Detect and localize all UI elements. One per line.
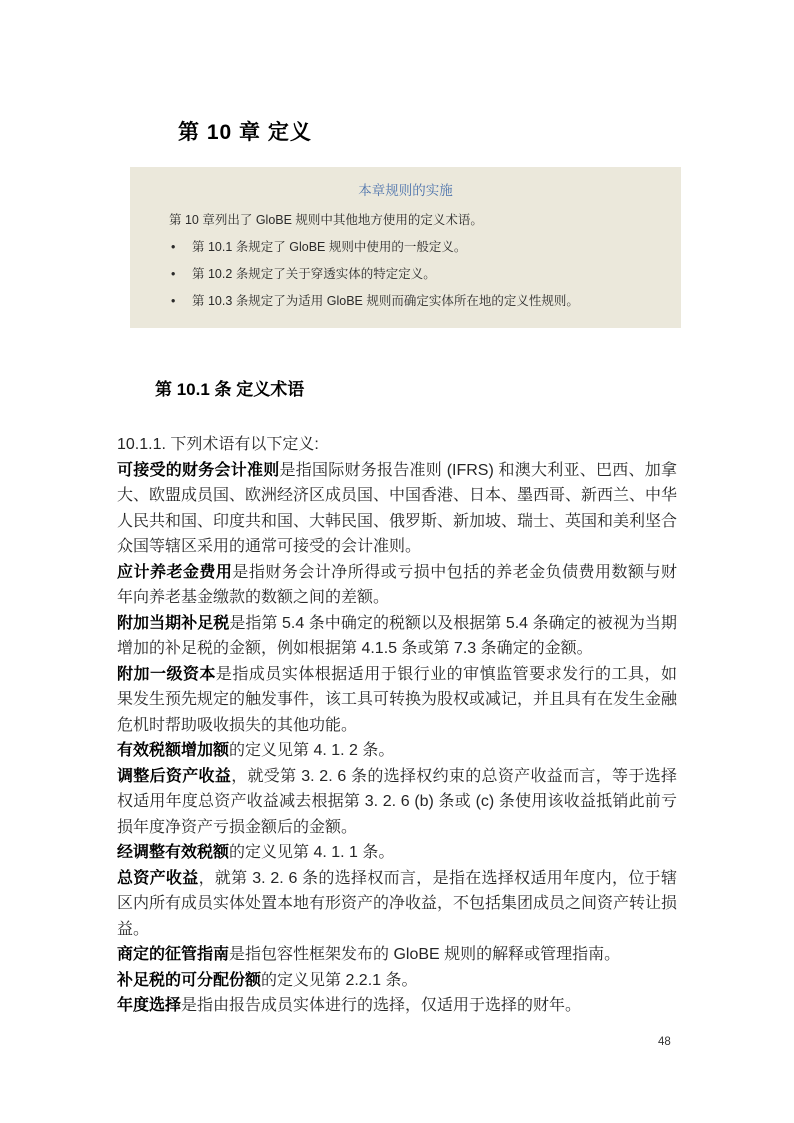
- definition-text: 的定义见第 4. 1. 2 条。: [229, 742, 394, 759]
- chapter-title: 第 10 章 定义: [178, 116, 312, 146]
- definition-paragraph: 应计养老金费用是指财务会计净所得或亏损中包括的养老金负债费用数额与财年向养老基金…: [117, 560, 677, 611]
- document-page: 第 10 章 定义 本章规则的实施 第 10 章列出了 GloBE 规则中其他地…: [0, 0, 794, 1123]
- definition-term: 补足税的可分配份额: [117, 972, 261, 989]
- callout-bullet: 第 10.1 条规定了 GloBE 规则中使用的一般定义。: [130, 241, 681, 254]
- definitions-list: 可接受的财务会计准则是指国际财务报告准则 (IFRS) 和澳大利亚、巴西、加拿大…: [117, 458, 677, 1019]
- definition-term: 附加当期补足税: [117, 615, 229, 632]
- definition-paragraph: 可接受的财务会计准则是指国际财务报告准则 (IFRS) 和澳大利亚、巴西、加拿大…: [117, 458, 677, 560]
- definition-term: 年度选择: [117, 997, 181, 1014]
- callout-bullet: 第 10.2 条规定了关于穿透实体的特定定义。: [130, 268, 681, 281]
- definition-term: 调整后资产收益: [117, 768, 231, 785]
- definition-text: 是指包容性框架发布的 GloBE 规则的解释或管理指南。: [229, 946, 620, 963]
- callout-bullet: 第 10.3 条规定了为适用 GloBE 规则而确定实体所在地的定义性规则。: [130, 295, 681, 308]
- definition-term: 可接受的财务会计准则: [117, 462, 280, 479]
- definitions-block: 10.1.1. 下列术语有以下定义: 可接受的财务会计准则是指国际财务报告准则 …: [117, 432, 677, 1019]
- definition-term: 有效税额增加额: [117, 742, 229, 759]
- definition-paragraph: 年度选择是指由报告成员实体进行的选择，仅适用于选择的财年。: [117, 993, 677, 1019]
- callout-intro: 第 10 章列出了 GloBE 规则中其他地方使用的定义术语。: [169, 210, 663, 228]
- definition-paragraph: 商定的征管指南是指包容性框架发布的 GloBE 规则的解释或管理指南。: [117, 942, 677, 968]
- definition-term: 应计养老金费用: [117, 564, 232, 581]
- definition-paragraph: 调整后资产收益，就受第 3. 2. 6 条的选择权约束的总资产收益而言，等于选择…: [117, 764, 677, 841]
- definition-paragraph: 附加当期补足税是指第 5.4 条中确定的税额以及根据第 5.4 条确定的被视为当…: [117, 611, 677, 662]
- definition-paragraph: 补足税的可分配份额的定义见第 2.2.1 条。: [117, 968, 677, 994]
- definition-text: 是指由报告成员实体进行的选择，仅适用于选择的财年。: [181, 997, 581, 1014]
- definition-term: 总资产收益: [117, 870, 199, 887]
- page-number: 48: [658, 1036, 671, 1048]
- definition-text: 的定义见第 4. 1. 1 条。: [229, 844, 394, 861]
- section-heading: 第 10.1 条 定义术语: [155, 375, 304, 400]
- callout-bullet-list: 第 10.1 条规定了 GloBE 规则中使用的一般定义。第 10.2 条规定了…: [130, 241, 681, 308]
- definition-paragraph: 附加一级资本是指成员实体根据适用于银行业的审慎监管要求发行的工具，如果发生预先规…: [117, 662, 677, 739]
- definition-paragraph: 经调整有效税额的定义见第 4. 1. 1 条。: [117, 840, 677, 866]
- definition-paragraph: 总资产收益，就第 3. 2. 6 条的选择权而言，是指在选择权适用年度内，位于辖…: [117, 866, 677, 943]
- paragraph-number-line: 10.1.1. 下列术语有以下定义:: [117, 432, 677, 458]
- definition-term: 商定的征管指南: [117, 946, 229, 963]
- definition-paragraph: 有效税额增加额的定义见第 4. 1. 2 条。: [117, 738, 677, 764]
- callout-title: 本章规则的实施: [130, 167, 681, 199]
- definition-text: 的定义见第 2.2.1 条。: [261, 972, 417, 989]
- definition-term: 经调整有效税额: [117, 844, 229, 861]
- callout-box: 本章规则的实施 第 10 章列出了 GloBE 规则中其他地方使用的定义术语。 …: [130, 167, 681, 328]
- definition-text: ，就第 3. 2. 6 条的选择权而言，是指在选择权适用年度内，位于辖区内所有成…: [117, 870, 677, 938]
- definition-term: 附加一级资本: [117, 666, 216, 683]
